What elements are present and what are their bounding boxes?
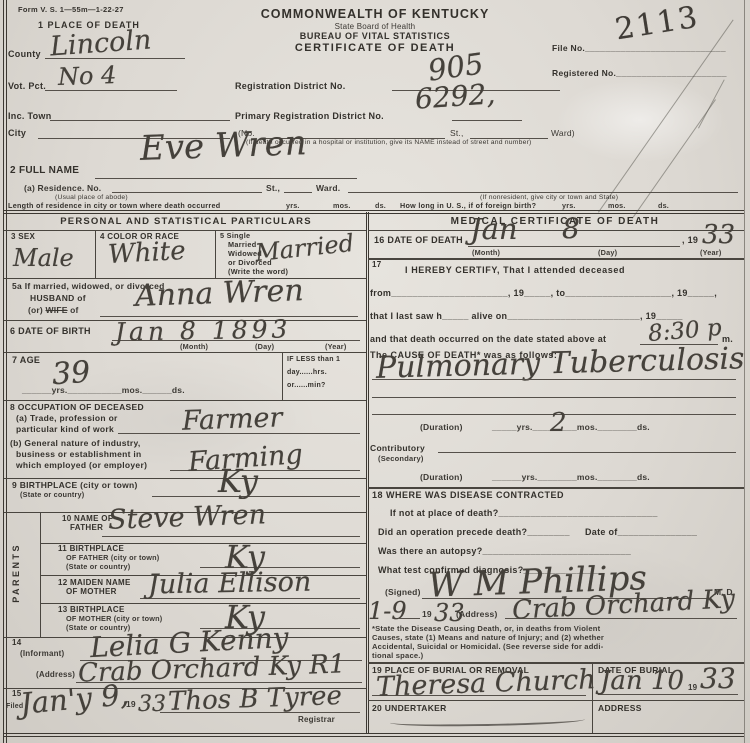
- father-name-label2: FATHER: [70, 524, 103, 533]
- registration-district-label: Registration District No.: [235, 82, 346, 92]
- ruled-line: [348, 192, 738, 193]
- wife-label: WIFE: [46, 305, 68, 315]
- undertaker-scribble: [390, 714, 585, 727]
- residence-st-label: St.,: [266, 184, 280, 193]
- city-st-label: St.,: [450, 129, 464, 138]
- certify-death-at-line: and that death occurred on the date stat…: [370, 335, 606, 345]
- signed-label: (Signed): [385, 588, 421, 597]
- marital-value: Married: [254, 229, 355, 267]
- date-of-birth-label: 6 DATE OF BIRTH: [10, 327, 91, 337]
- length-ds: ds.: [375, 202, 386, 210]
- dod-day-value: 8: [562, 212, 580, 245]
- date-of-burial-value: Jan 10: [600, 666, 684, 696]
- duration-label: (Duration): [420, 423, 463, 432]
- ruled-line: [50, 120, 230, 121]
- city-ward-label: Ward): [551, 129, 575, 138]
- ruled-line: [112, 192, 262, 193]
- parents-vertical-label: PARENTS: [12, 528, 22, 618]
- occupation-b-line3: which employed (or employer): [16, 461, 147, 470]
- certify-number: 17: [372, 261, 382, 270]
- certify-statement: I HEREBY CERTIFY, That I attended deceas…: [405, 266, 625, 276]
- occupation-a-value: Farmer: [181, 402, 282, 436]
- or-label: (or): [28, 305, 43, 315]
- registered-no-label: Registered No.______________________: [552, 69, 727, 78]
- death-certificate-scan: Form V. S. 1—55m—1-22-27 1 PLACE OF DEAT…: [0, 0, 750, 743]
- occupation-a-line1: (a) Trade, profession or: [16, 414, 118, 423]
- autopsy-line: Was there an autopsy?___________________…: [378, 547, 631, 557]
- form-left-edge: [3, 0, 7, 743]
- dod-year-value: 33: [702, 220, 735, 250]
- age-label: 7 AGE: [12, 356, 40, 366]
- cell-divider: [95, 230, 96, 278]
- contributory-label: Contributory: [370, 444, 425, 453]
- foreign-birth-label: How long in U. S., if of foreign birth?: [400, 202, 536, 210]
- informant-address-label: (Address): [36, 671, 75, 680]
- father-birthplace-label3: (State or country): [66, 563, 130, 571]
- place-of-burial-value: Theresa Church: [376, 664, 597, 703]
- ruled-line: [102, 536, 360, 537]
- sign-date-value: 1-9: [368, 597, 407, 625]
- mother-birthplace-label2: OF MOTHER (city or town): [66, 615, 162, 623]
- personal-section-header: PERSONAL AND STATISTICAL PARTICULARS: [6, 217, 366, 227]
- dod-19-label: , 19: [682, 236, 698, 246]
- ruled-line: [438, 452, 736, 453]
- residence-ward-label: Ward.: [316, 184, 340, 193]
- foreign-ds: ds.: [658, 202, 669, 210]
- father-name-value: Steve Wren: [108, 499, 267, 535]
- dod-month-label: (Month): [472, 249, 500, 257]
- bureau-subtitle: BUREAU OF VITAL STATISTICS: [225, 32, 525, 42]
- cell-divider: [282, 352, 283, 400]
- sex-label: 3 SEX: [11, 233, 35, 242]
- filed-19-label: 19: [126, 700, 136, 709]
- inc-town-label: Inc. Town: [8, 112, 52, 122]
- occupation-label: 8 OCCUPATION OF DECEASED: [10, 403, 144, 412]
- pencil-stroke: [698, 79, 725, 128]
- ruled-line: [372, 397, 736, 398]
- duration2-units: ______yrs.________mos.________ds.: [492, 473, 650, 482]
- county-value: Lincoln: [49, 25, 152, 63]
- file-no-label: File No.____________________________: [552, 44, 726, 53]
- form-number: Form V. S. 1—55m—1-22-27: [18, 6, 124, 14]
- operation-line: Did an operation precede death?________: [378, 528, 570, 538]
- footnote-line4: tional space.): [372, 652, 423, 660]
- if-not-line: If not at place of death?_______________…: [390, 509, 658, 519]
- certify-last-saw-line: that I last saw h_____ alive on_________…: [370, 312, 683, 322]
- where-contracted-label: 18 WHERE WAS DISEASE CONTRACTED: [372, 491, 564, 501]
- color-race-value: White: [107, 236, 186, 270]
- dod-day-label: (Day): [598, 249, 617, 257]
- ruled-line: [284, 192, 312, 193]
- ruled-line: [468, 246, 680, 247]
- burial-year-value: 33: [700, 662, 736, 695]
- primary-district-value: 6292,: [414, 77, 496, 116]
- informant-label: (Informant): [20, 650, 64, 659]
- mother-name-value: Julia Ellison: [148, 567, 312, 601]
- if-less-line1: IF LESS than 1: [287, 356, 340, 364]
- occupation-b-line2: business or establishment in: [16, 450, 142, 459]
- row-border: [368, 487, 744, 489]
- row-border: [368, 230, 744, 231]
- row-border: [368, 258, 744, 260]
- father-birthplace-label2: OF FATHER (city or town): [66, 554, 159, 562]
- filed-year-value: 33: [138, 692, 166, 717]
- row-border: [4, 230, 366, 231]
- county-label: County: [8, 50, 41, 60]
- occupation-b-line1: (b) General nature of industry,: [10, 439, 141, 448]
- length-residence-label: Length of residence in city or town wher…: [8, 202, 221, 210]
- age-units: ______yrs.___________mos.______ds.: [22, 386, 185, 395]
- or-wife-of-label: (or) WIFE of: [28, 306, 79, 315]
- dod-month-value: Jan: [470, 212, 518, 246]
- undertaker-address-label: ADDRESS: [598, 704, 642, 713]
- stamp-number: 2113: [613, 0, 702, 47]
- ruled-line: [95, 178, 357, 179]
- residence-label: (a) Residence. No.: [24, 184, 101, 193]
- foreign-mos: mos.: [608, 202, 626, 210]
- form-bottom-rule: [4, 733, 744, 737]
- ruled-line: [372, 379, 736, 380]
- operation-date-of: Date of_______________: [585, 528, 697, 538]
- full-name-value: Eve Wren: [139, 123, 307, 169]
- filed-date-value: Jan'y 9,: [19, 677, 130, 720]
- undertaker-label: 20 UNDERTAKER: [372, 704, 447, 713]
- dod-year-label: (Year): [700, 249, 721, 257]
- duration2-label: (Duration): [420, 473, 463, 482]
- if-less-line2: day......hrs.: [287, 369, 327, 377]
- header-bottom-rule: [4, 210, 744, 214]
- sign-address-label: (Address): [456, 610, 497, 619]
- vot-pct-label: Vot. Pct.: [8, 82, 46, 92]
- birthplace-state-note: (State or country): [20, 491, 84, 499]
- foreign-yrs: yrs.: [562, 202, 576, 210]
- dob-month-label: (Month): [180, 343, 208, 351]
- birthplace-value: Ky: [218, 462, 258, 500]
- row-border: [4, 400, 366, 401]
- of-label: of: [70, 305, 78, 315]
- sign-19-label: 19: [422, 610, 432, 619]
- registrar-signature: Thos B Tyree: [168, 681, 343, 717]
- informant-number: 14: [12, 639, 22, 648]
- commonwealth-title: COMMONWEALTH OF KENTUCKY: [225, 8, 525, 22]
- row-border: [4, 352, 366, 353]
- mother-name-label2: OF MOTHER: [66, 588, 117, 597]
- primary-registration-label: Primary Registration District No.: [235, 112, 384, 122]
- ruled-line: [398, 618, 420, 619]
- marital-options-line2: Married: [228, 241, 256, 249]
- row-border: [4, 478, 366, 479]
- cell-divider: [215, 230, 216, 278]
- secondary-label: (Secondary): [378, 455, 424, 463]
- length-mos: mos.: [333, 202, 351, 210]
- dob-day-label: (Day): [255, 343, 274, 351]
- city-label: City: [8, 129, 26, 139]
- registrar-label: Registrar: [298, 716, 335, 725]
- occupation-a-line2: particular kind of work: [16, 425, 114, 434]
- row-border: [40, 603, 366, 604]
- ruled-line: [452, 120, 522, 121]
- vot-pct-value: No 4: [58, 61, 117, 91]
- birthplace-label: 9 BIRTHPLACE (city or town): [12, 481, 138, 490]
- full-name-label: 2 FULL NAME: [10, 166, 79, 177]
- date-of-death-label: 16 DATE OF DEATH: [374, 236, 463, 246]
- column-divider: [366, 212, 369, 733]
- husband-of-label: HUSBAND of: [30, 294, 86, 303]
- spouse-value: Anna Wren: [134, 273, 304, 314]
- medical-section-header: MEDICAL CERTIFICATE OF DEATH: [368, 217, 742, 228]
- marital-options-line1: 5 Single: [220, 232, 250, 240]
- duration-value: 2: [550, 408, 567, 438]
- sex-value: Male: [13, 244, 74, 272]
- certify-from-line: from______________________, 19_____, to_…: [370, 289, 717, 299]
- dob-year-label: (Year): [325, 343, 346, 351]
- row-border: [368, 662, 744, 664]
- duration-units: _____yrs._________mos.________ds.: [492, 423, 650, 432]
- if-less-line3: or......min?: [287, 382, 326, 390]
- burial-19-label: 19: [688, 684, 697, 693]
- length-yrs: yrs.: [286, 202, 300, 210]
